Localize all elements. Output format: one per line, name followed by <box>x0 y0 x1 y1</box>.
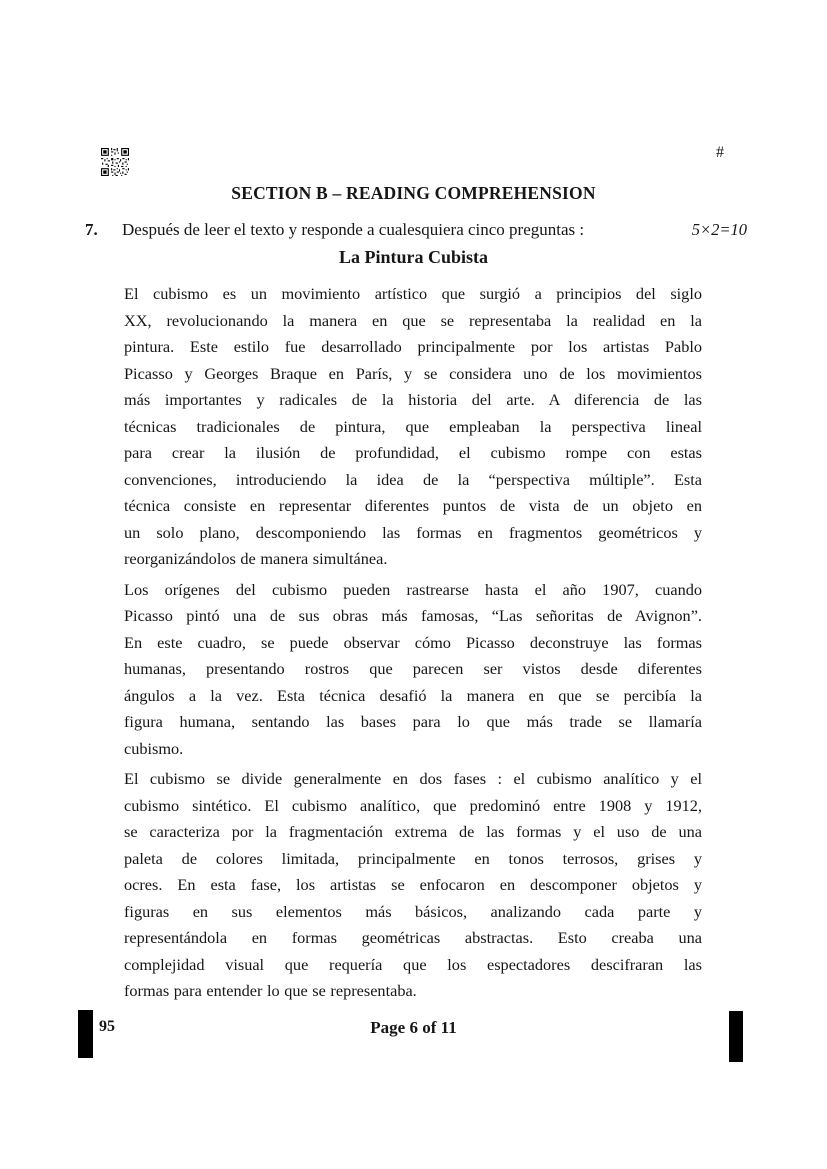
passage-line: ángulos a la vez. Esta técnica desafió l… <box>124 683 702 710</box>
passage-line: Los orígenes del cubismo pueden rastrear… <box>124 577 702 604</box>
passage-paragraph: El cubismo se divide generalmente en dos… <box>124 766 702 1005</box>
passage-line: figuras en sus elementos más básicos, an… <box>124 899 702 926</box>
qr-code-icon <box>101 148 129 176</box>
passage-line: reorganizándolos de manera simultánea. <box>124 546 702 573</box>
passage-line: formas para entender lo que se represent… <box>124 978 702 1005</box>
exam-page: # SECTION B – READING COMPREHENSION 7. D… <box>0 0 827 1169</box>
passage-line: se caracteriza por la fragmentación extr… <box>124 819 702 846</box>
passage-line: pintura. Este estilo fue desarrollado pr… <box>124 334 702 361</box>
question-text: Después de leer el texto y responde a cu… <box>122 220 680 240</box>
passage-line: más importantes y radicales de la histor… <box>124 387 702 414</box>
question-number: 7. <box>85 220 122 240</box>
passage-line: técnicas tradicionales de pintura, que e… <box>124 414 702 441</box>
passage-line: figura humana, sentando las bases para l… <box>124 709 702 736</box>
passage-line: ocres. En esta fase, los artistas se enf… <box>124 872 702 899</box>
passage-body: El cubismo es un movimiento artístico qu… <box>124 281 702 1009</box>
page-hash-mark: # <box>716 144 724 162</box>
passage-line: El cubismo se divide generalmente en dos… <box>124 766 702 793</box>
passage-line: El cubismo es un movimiento artístico qu… <box>124 281 702 308</box>
passage-line: complejidad visual que requería que los … <box>124 952 702 979</box>
question-row: 7. Después de leer el texto y responde a… <box>85 220 747 240</box>
passage-line: En este cuadro, se puede observar cómo P… <box>124 630 702 657</box>
passage-paragraph: El cubismo es un movimiento artístico qu… <box>124 281 702 573</box>
passage-line: Picasso y Georges Braque en París, y se … <box>124 361 702 388</box>
passage-line: humanas, presentando rostros que parecen… <box>124 656 702 683</box>
passage-paragraph: Los orígenes del cubismo pueden rastrear… <box>124 577 702 763</box>
question-marks: 5×2=10 <box>692 220 747 240</box>
passage-line: representándola en formas geométricas ab… <box>124 925 702 952</box>
passage-line: un solo plano, descomponiendo las formas… <box>124 520 702 547</box>
section-heading: SECTION B – READING COMPREHENSION <box>0 183 827 204</box>
passage-line: cubismo sintético. El cubismo analítico,… <box>124 793 702 820</box>
passage-line: convenciones, introduciendo la idea de l… <box>124 467 702 494</box>
passage-title: La Pintura Cubista <box>0 247 827 268</box>
passage-line: cubismo. <box>124 736 702 763</box>
passage-line: técnica consiste en representar diferent… <box>124 493 702 520</box>
passage-line: paleta de colores limitada, principalmen… <box>124 846 702 873</box>
page-number-label: Page 6 of 11 <box>0 1018 827 1038</box>
right-edge-marker-bar <box>729 1011 743 1062</box>
passage-line: Picasso pintó una de sus obras más famos… <box>124 603 702 630</box>
passage-line: XX, revolucionando la manera en que se r… <box>124 308 702 335</box>
passage-line: para crear la ilusión de profundidad, el… <box>124 440 702 467</box>
